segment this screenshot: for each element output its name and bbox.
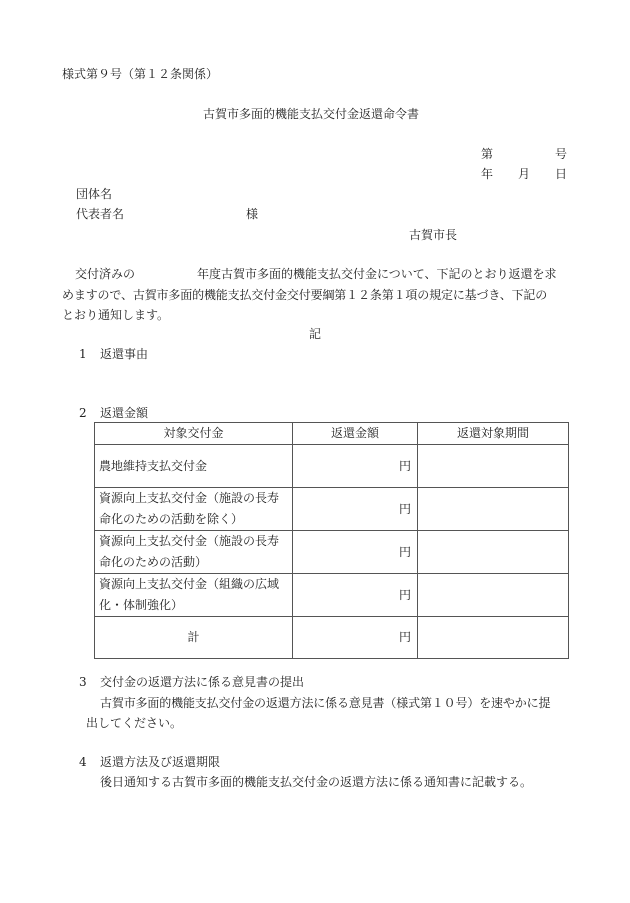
section-4-heading: 返還方法及び返還期限 bbox=[100, 754, 220, 770]
table-header-row: 対象交付金 返還金額 返還対象期間 bbox=[95, 423, 569, 445]
body-line-1a: 交付済みの bbox=[75, 266, 135, 282]
body-line-2: めますので、古賀市多面的機能支払交付金交付要綱第１２条第１項の規定に基づき、下記… bbox=[62, 287, 547, 303]
table-row: 資源向上支払交付金（組織の広域化・体制強化） 円 bbox=[95, 574, 569, 617]
refund-amount-cell[interactable]: 円 bbox=[293, 531, 418, 574]
grant-name: 資源向上支払交付金（組織の広域化・体制強化） bbox=[95, 574, 293, 617]
group-name-label: 団体名 bbox=[76, 186, 112, 202]
header-target-grant: 対象交付金 bbox=[95, 423, 293, 445]
date-month: 月 bbox=[518, 166, 530, 182]
body-line-1b: 年度古賀市多面的機能支払交付金について、下記のとおり返還を求 bbox=[197, 266, 557, 282]
representative-label: 代表者名 bbox=[76, 206, 124, 222]
date-year: 年 bbox=[481, 166, 493, 182]
total-period-cell[interactable] bbox=[418, 617, 569, 659]
section-4-number: 4 bbox=[79, 754, 87, 770]
section-1-number: 1 bbox=[79, 346, 87, 362]
section-1-heading: 返還事由 bbox=[100, 346, 148, 362]
section-3-number: 3 bbox=[79, 674, 87, 690]
section-3-text-line-2: 出してください。 bbox=[86, 715, 182, 731]
refund-period-cell[interactable] bbox=[418, 488, 569, 531]
doc-number-suffix: 号 bbox=[555, 146, 567, 162]
header-refund-period: 返還対象期間 bbox=[418, 423, 569, 445]
refund-amount-cell[interactable]: 円 bbox=[293, 445, 418, 488]
table-row: 農地維持支払交付金 円 bbox=[95, 445, 569, 488]
refund-period-cell[interactable] bbox=[418, 445, 569, 488]
refund-amount-table: 対象交付金 返還金額 返還対象期間 農地維持支払交付金 円 資源向上支払交付金（… bbox=[94, 422, 569, 659]
section-3-heading: 交付金の返還方法に係る意見書の提出 bbox=[100, 674, 304, 690]
grant-name: 資源向上支払交付金（施設の長寿命化のための活動） bbox=[95, 531, 293, 574]
issuer: 古賀市長 bbox=[409, 227, 457, 243]
refund-amount-cell[interactable]: 円 bbox=[293, 574, 418, 617]
document-title: 古賀市多面的機能支払交付金返還命令書 bbox=[0, 106, 626, 122]
date-day: 日 bbox=[555, 166, 567, 182]
section-2-heading: 返還金額 bbox=[100, 405, 148, 421]
form-label: 様式第９号（第１２条関係） bbox=[62, 66, 218, 82]
ki-label: 記 bbox=[309, 326, 321, 342]
refund-period-cell[interactable] bbox=[418, 531, 569, 574]
doc-number-prefix: 第 bbox=[481, 146, 493, 162]
section-4-text-line-1: 後日通知する古賀市多面的機能支払交付金の返還方法に係る通知書に記載する。 bbox=[100, 774, 532, 790]
table-row: 資源向上支払交付金（施設の長寿命化のための活動） 円 bbox=[95, 531, 569, 574]
total-amount-cell[interactable]: 円 bbox=[293, 617, 418, 659]
grant-name: 農地維持支払交付金 bbox=[95, 445, 293, 488]
refund-amount-cell[interactable]: 円 bbox=[293, 488, 418, 531]
table-total-row: 計 円 bbox=[95, 617, 569, 659]
section-2-number: 2 bbox=[79, 405, 87, 421]
refund-period-cell[interactable] bbox=[418, 574, 569, 617]
section-3-text-line-1: 古賀市多面的機能支払交付金の返還方法に係る意見書（様式第１０号）を速やかに提 bbox=[100, 695, 550, 711]
table-row: 資源向上支払交付金（施設の長寿命化のための活動を除く） 円 bbox=[95, 488, 569, 531]
honorific: 様 bbox=[246, 206, 258, 222]
header-refund-amount: 返還金額 bbox=[293, 423, 418, 445]
grant-name: 資源向上支払交付金（施設の長寿命化のための活動を除く） bbox=[95, 488, 293, 531]
total-label: 計 bbox=[95, 617, 293, 659]
body-line-3: とおり通知します。 bbox=[62, 307, 169, 323]
